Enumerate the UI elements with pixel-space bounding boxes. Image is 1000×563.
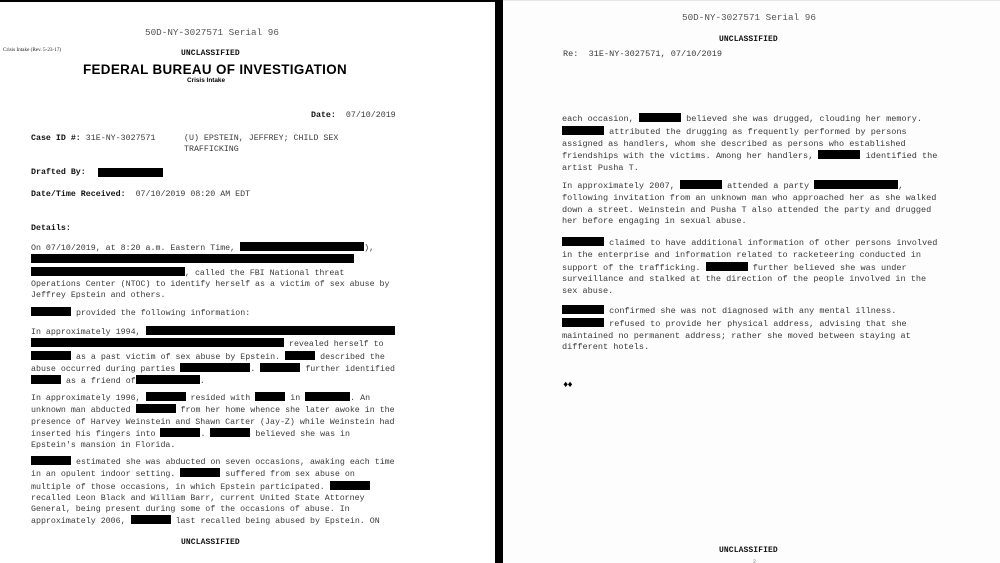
redaction-bar — [31, 254, 354, 263]
text-run: different hotels. — [562, 342, 649, 352]
text-run: Operations Center (NTOC) to identify her… — [31, 280, 389, 289]
text-run: In approximately 1996, — [31, 394, 146, 403]
text-run: support of the trafficking. — [562, 263, 706, 273]
details-paragraph-6: each occasion, believed she was drugged,… — [562, 113, 937, 175]
redaction-bar — [180, 363, 250, 372]
text-run: presence of Harvey Weinstein and Shawn C… — [31, 418, 394, 427]
case-id-value: 31E-NY-3027571 — [86, 134, 156, 143]
text-run: . — [250, 365, 260, 374]
details-paragraph-3: In approximately 1994, revealed herself … — [31, 326, 395, 387]
redaction-bar — [180, 468, 220, 477]
text-run: confirmed she was not diagnosed with any… — [604, 306, 896, 316]
redaction-bar — [240, 242, 364, 251]
document-page-2: 50D-NY-3027571 Serial 96 UNCLASSIFIED Re… — [503, 0, 1000, 563]
text-run: claimed to have additional information o… — [604, 238, 937, 248]
text-run: Epstein's mansion in Florida. — [31, 441, 175, 450]
details-paragraph-8: claimed to have additional information o… — [562, 237, 937, 298]
page-number: 2 — [753, 559, 756, 563]
redaction-bar — [136, 404, 176, 413]
details-paragraph-9: confirmed she was not diagnosed with any… — [562, 305, 911, 354]
text-run: approximately 2006, — [31, 517, 131, 526]
text-run: believed she was in — [250, 430, 350, 439]
redaction-bar — [160, 428, 200, 437]
text-run: provided the following information: — [71, 309, 250, 318]
redaction-bar — [31, 338, 284, 347]
text-run: further believed she was under — [748, 263, 907, 273]
redaction-bar — [146, 392, 186, 401]
text-run: General, being present during some of th… — [31, 505, 350, 514]
redaction-bar — [285, 351, 315, 360]
text-run: unknown man abducted — [31, 406, 136, 415]
redaction-bar — [562, 237, 604, 246]
redaction-bar — [210, 428, 250, 437]
details-heading: Details: — [31, 223, 71, 234]
re-line: Re: 31E-NY-3027571, 07/10/2019 — [563, 49, 722, 61]
classification-top: UNCLASSIFIED — [181, 49, 240, 58]
date-field: Date: 07/10/2019 — [311, 110, 396, 121]
details-paragraph-7: In approximately 2007, attended a party … — [562, 180, 936, 228]
text-run: estimated she was abducted on seven occa… — [71, 458, 395, 467]
text-run: maintained no permanent address; rather … — [562, 331, 911, 341]
text-run: , — [898, 181, 903, 191]
text-run: On 07/10/2019, at 8:20 a.m. Eastern Time… — [31, 244, 240, 253]
text-run: surveillance and stalked at the directio… — [562, 274, 926, 284]
text-run: sex abuse. — [562, 286, 613, 296]
case-title-line2: TRAFFICKING — [184, 145, 239, 154]
redaction-bar — [818, 150, 860, 159]
text-run: . — [200, 377, 205, 386]
text-run: refused to provide her physical address,… — [604, 319, 907, 329]
text-run: down a street. Weinstein and Pusha T als… — [562, 205, 931, 215]
case-title-line1: (U) EPSTEIN, JEFFREY; CHILD SEX — [184, 134, 338, 143]
case-title: (U) EPSTEIN, JEFFREY; CHILD SEX TRAFFICK… — [184, 133, 338, 156]
text-run: assigned as handlers, whom she described… — [562, 139, 906, 149]
text-run: as a friend of — [61, 377, 136, 386]
details-paragraph-5: estimated she was abducted on seven occa… — [31, 456, 395, 528]
redaction-bar — [260, 363, 300, 372]
redaction-bar — [31, 267, 185, 276]
redaction-bar — [562, 318, 604, 327]
form-revision: Crisis Intake (Rev. 5-23-17) — [3, 47, 61, 53]
page-divider — [495, 0, 503, 563]
end-of-document-marker: ♦♦ — [563, 380, 572, 390]
classification-bottom: UNCLASSIFIED — [719, 546, 778, 555]
redaction-bar — [31, 375, 61, 384]
text-run: In approximately 1994, — [31, 328, 146, 337]
drafted-by-field: Drafted By: — [31, 167, 86, 178]
details-paragraph-1: On 07/10/2019, at 8:20 a.m. Eastern Time… — [31, 242, 389, 301]
redaction-bar — [255, 392, 285, 401]
classification-top: UNCLASSIFIED — [719, 35, 778, 44]
case-id-label: Case ID #: — [31, 134, 81, 143]
case-id-field: Case ID #: 31E-NY-3027571 — [31, 133, 156, 144]
text-run: abuse occurred during parties — [31, 365, 180, 374]
text-run: In approximately 2007, — [562, 181, 680, 191]
text-run: inserted his fingers into — [31, 430, 160, 439]
text-run: last recalled being abused by Epstein. O… — [171, 517, 380, 526]
text-run: each occasion, — [562, 114, 639, 124]
document-page-1: 50D-NY-3027571 Serial 96 Crisis Intake (… — [0, 0, 495, 563]
redaction-bar — [305, 392, 350, 401]
redaction-bar — [562, 126, 604, 135]
redaction-bar — [31, 456, 71, 465]
received-value: 07/10/2019 08:20 AM EDT — [136, 190, 251, 199]
text-run: artist Pusha T. — [562, 163, 639, 173]
redaction-bar — [98, 168, 163, 177]
redaction-bar — [131, 515, 171, 524]
text-run: , called the FBI National threat — [185, 269, 344, 278]
text-run: multiple of those occasions, in which Ep… — [31, 483, 330, 492]
redaction-bar — [562, 305, 604, 314]
redaction-bar — [31, 307, 71, 316]
text-run: further identified — [300, 365, 395, 374]
text-run: her before engaging in sexual abuse. — [562, 216, 747, 226]
text-run: . — [200, 430, 210, 439]
text-run: revealed herself to — [284, 340, 384, 349]
text-run: believed she was drugged, clouding her m… — [681, 114, 922, 124]
text-run: described the — [315, 353, 385, 362]
text-run: in the enterprise and information relate… — [562, 250, 921, 260]
form-name: Crisis Intake — [187, 77, 225, 84]
redaction-bar — [146, 326, 395, 335]
details-paragraph-2: provided the following information: — [31, 307, 250, 319]
text-run: in — [285, 394, 305, 403]
redaction-bar — [136, 375, 200, 384]
text-run: ), — [364, 244, 374, 253]
redaction-bar — [814, 180, 898, 189]
drafted-by-label: Drafted By: — [31, 168, 86, 177]
details-paragraph-4: In approximately 1996, resided with in .… — [31, 392, 395, 451]
text-run: as a past victim of sex abuse by Epstein… — [71, 353, 285, 362]
text-run: from her home whence she later awoke in … — [176, 406, 395, 415]
text-run: attributed the drugging as frequently pe… — [604, 127, 907, 137]
text-run: identified the — [860, 151, 937, 161]
received-label: Date/Time Received: — [31, 190, 126, 199]
received-field: Date/Time Received: 07/10/2019 08:20 AM … — [31, 189, 250, 200]
text-run: resided with — [186, 394, 256, 403]
agency-title: FEDERAL BUREAU OF INVESTIGATION — [83, 62, 347, 77]
redaction-bar — [31, 351, 71, 360]
text-run: in an opulent indoor setting. — [31, 470, 180, 479]
text-run: recalled Leon Black and William Barr, cu… — [31, 494, 365, 503]
date-value: 07/10/2019 — [346, 111, 396, 120]
redaction-bar — [680, 180, 722, 189]
text-run: . An — [350, 394, 370, 403]
serial-header: 50D-NY-3027571 Serial 96 — [682, 12, 816, 23]
classification-bottom: UNCLASSIFIED — [181, 538, 240, 547]
text-run: attended a party — [722, 181, 814, 191]
redaction-bar — [330, 481, 370, 490]
serial-header: 50D-NY-3027571 Serial 96 — [145, 27, 279, 38]
date-label: Date: — [311, 111, 336, 120]
redaction-bar — [639, 113, 681, 122]
text-run: following invitation from an unknown man… — [562, 193, 936, 203]
redaction-bar — [706, 262, 748, 271]
text-run: Jeffrey Epstein and others. — [31, 291, 165, 300]
text-run: suffered from sex abuse on — [220, 470, 354, 479]
text-run: friendships with the victims. Among her … — [562, 151, 818, 161]
